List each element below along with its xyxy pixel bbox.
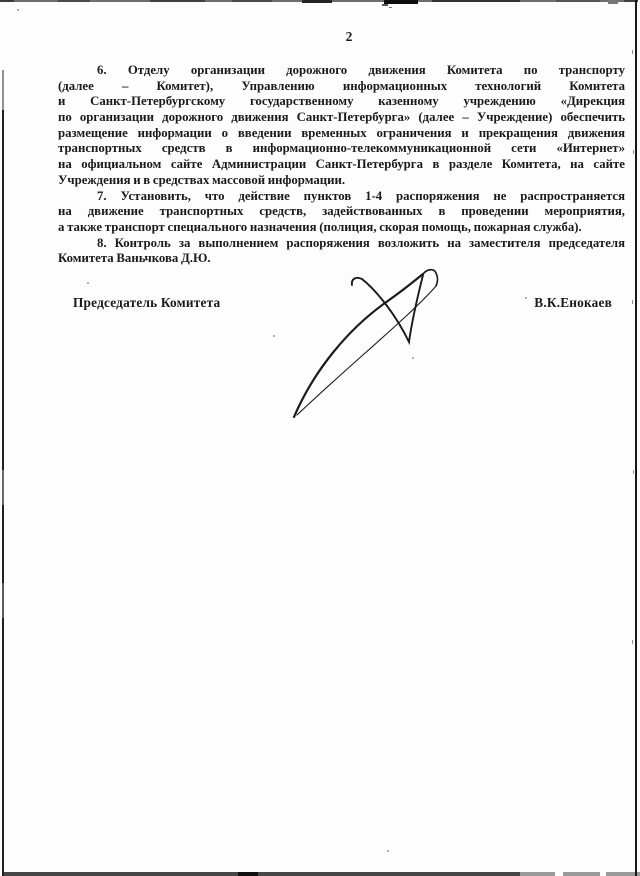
top-scan-edge-segment [0,0,14,2]
scan-speck [389,7,392,8]
scan-speck [387,850,389,852]
top-scan-edge-segment [58,0,90,2]
text-line: транспортных средств в информационно-тел… [58,141,625,157]
left-scan-edge-segment [2,470,4,505]
text-line: размещение информации о введении временн… [58,126,625,142]
page-number: 2 [58,29,625,45]
signer-title: Председатель Комитета [73,295,220,311]
text-line: 6. Отделу организации дорожного движения… [58,63,625,79]
scan-speck [632,640,633,644]
scanned-document-page: 2 6. Отделу организации дорожного движен… [0,0,640,876]
text-line: Учреждения и в средствах массовой информ… [58,173,625,189]
top-scan-edge-segment [232,0,272,2]
top-scan-edge-segment [150,0,205,2]
text-line: 7. Установить, что действие пунктов 1-4 … [58,189,625,205]
top-scan-edge-segment [432,0,520,2]
top-scan-edge-segment [302,0,332,3]
top-scan-edge-segment [556,0,600,2]
top-scan-edge-segment [608,0,618,4]
bottom-scan-edge-segment [238,872,258,876]
text-line: по организации дорожного движения Санкт-… [58,110,625,126]
bottom-scan-edge-gap [555,872,563,876]
text-line: 8. Контроль за выполнением распоряжения … [58,236,625,252]
text-line: и Санкт-Петербургскому государственному … [58,94,625,110]
bottom-scan-edge-segment [520,872,640,876]
right-scan-edge [635,0,637,876]
bottom-scan-edge-gap [600,872,606,876]
document-body: 6. Отделу организации дорожного движения… [58,63,625,267]
top-scan-edge-segment [384,0,418,4]
scan-speck [632,50,633,54]
scan-speck [17,9,19,11]
text-line: на официальном сайте Администрации Санкт… [58,157,625,173]
scan-speck [382,4,388,6]
handwritten-signature-icon [270,258,450,428]
left-scan-edge-segment [2,583,4,618]
text-line: (далее – Комитет), Управлению информацио… [58,79,625,95]
paragraph-6: 6. Отделу организации дорожного движения… [58,63,625,189]
text-line: на движение транспортных средств, задейс… [58,204,625,220]
scan-speck [633,150,634,154]
paragraph-7: 7. Установить, что действие пунктов 1-4 … [58,189,625,236]
text-line: а также транспорт специального назначени… [58,220,625,236]
signer-name: В.К.Енокаев [534,295,612,311]
scan-speck [632,300,633,304]
scan-speck [633,470,634,474]
